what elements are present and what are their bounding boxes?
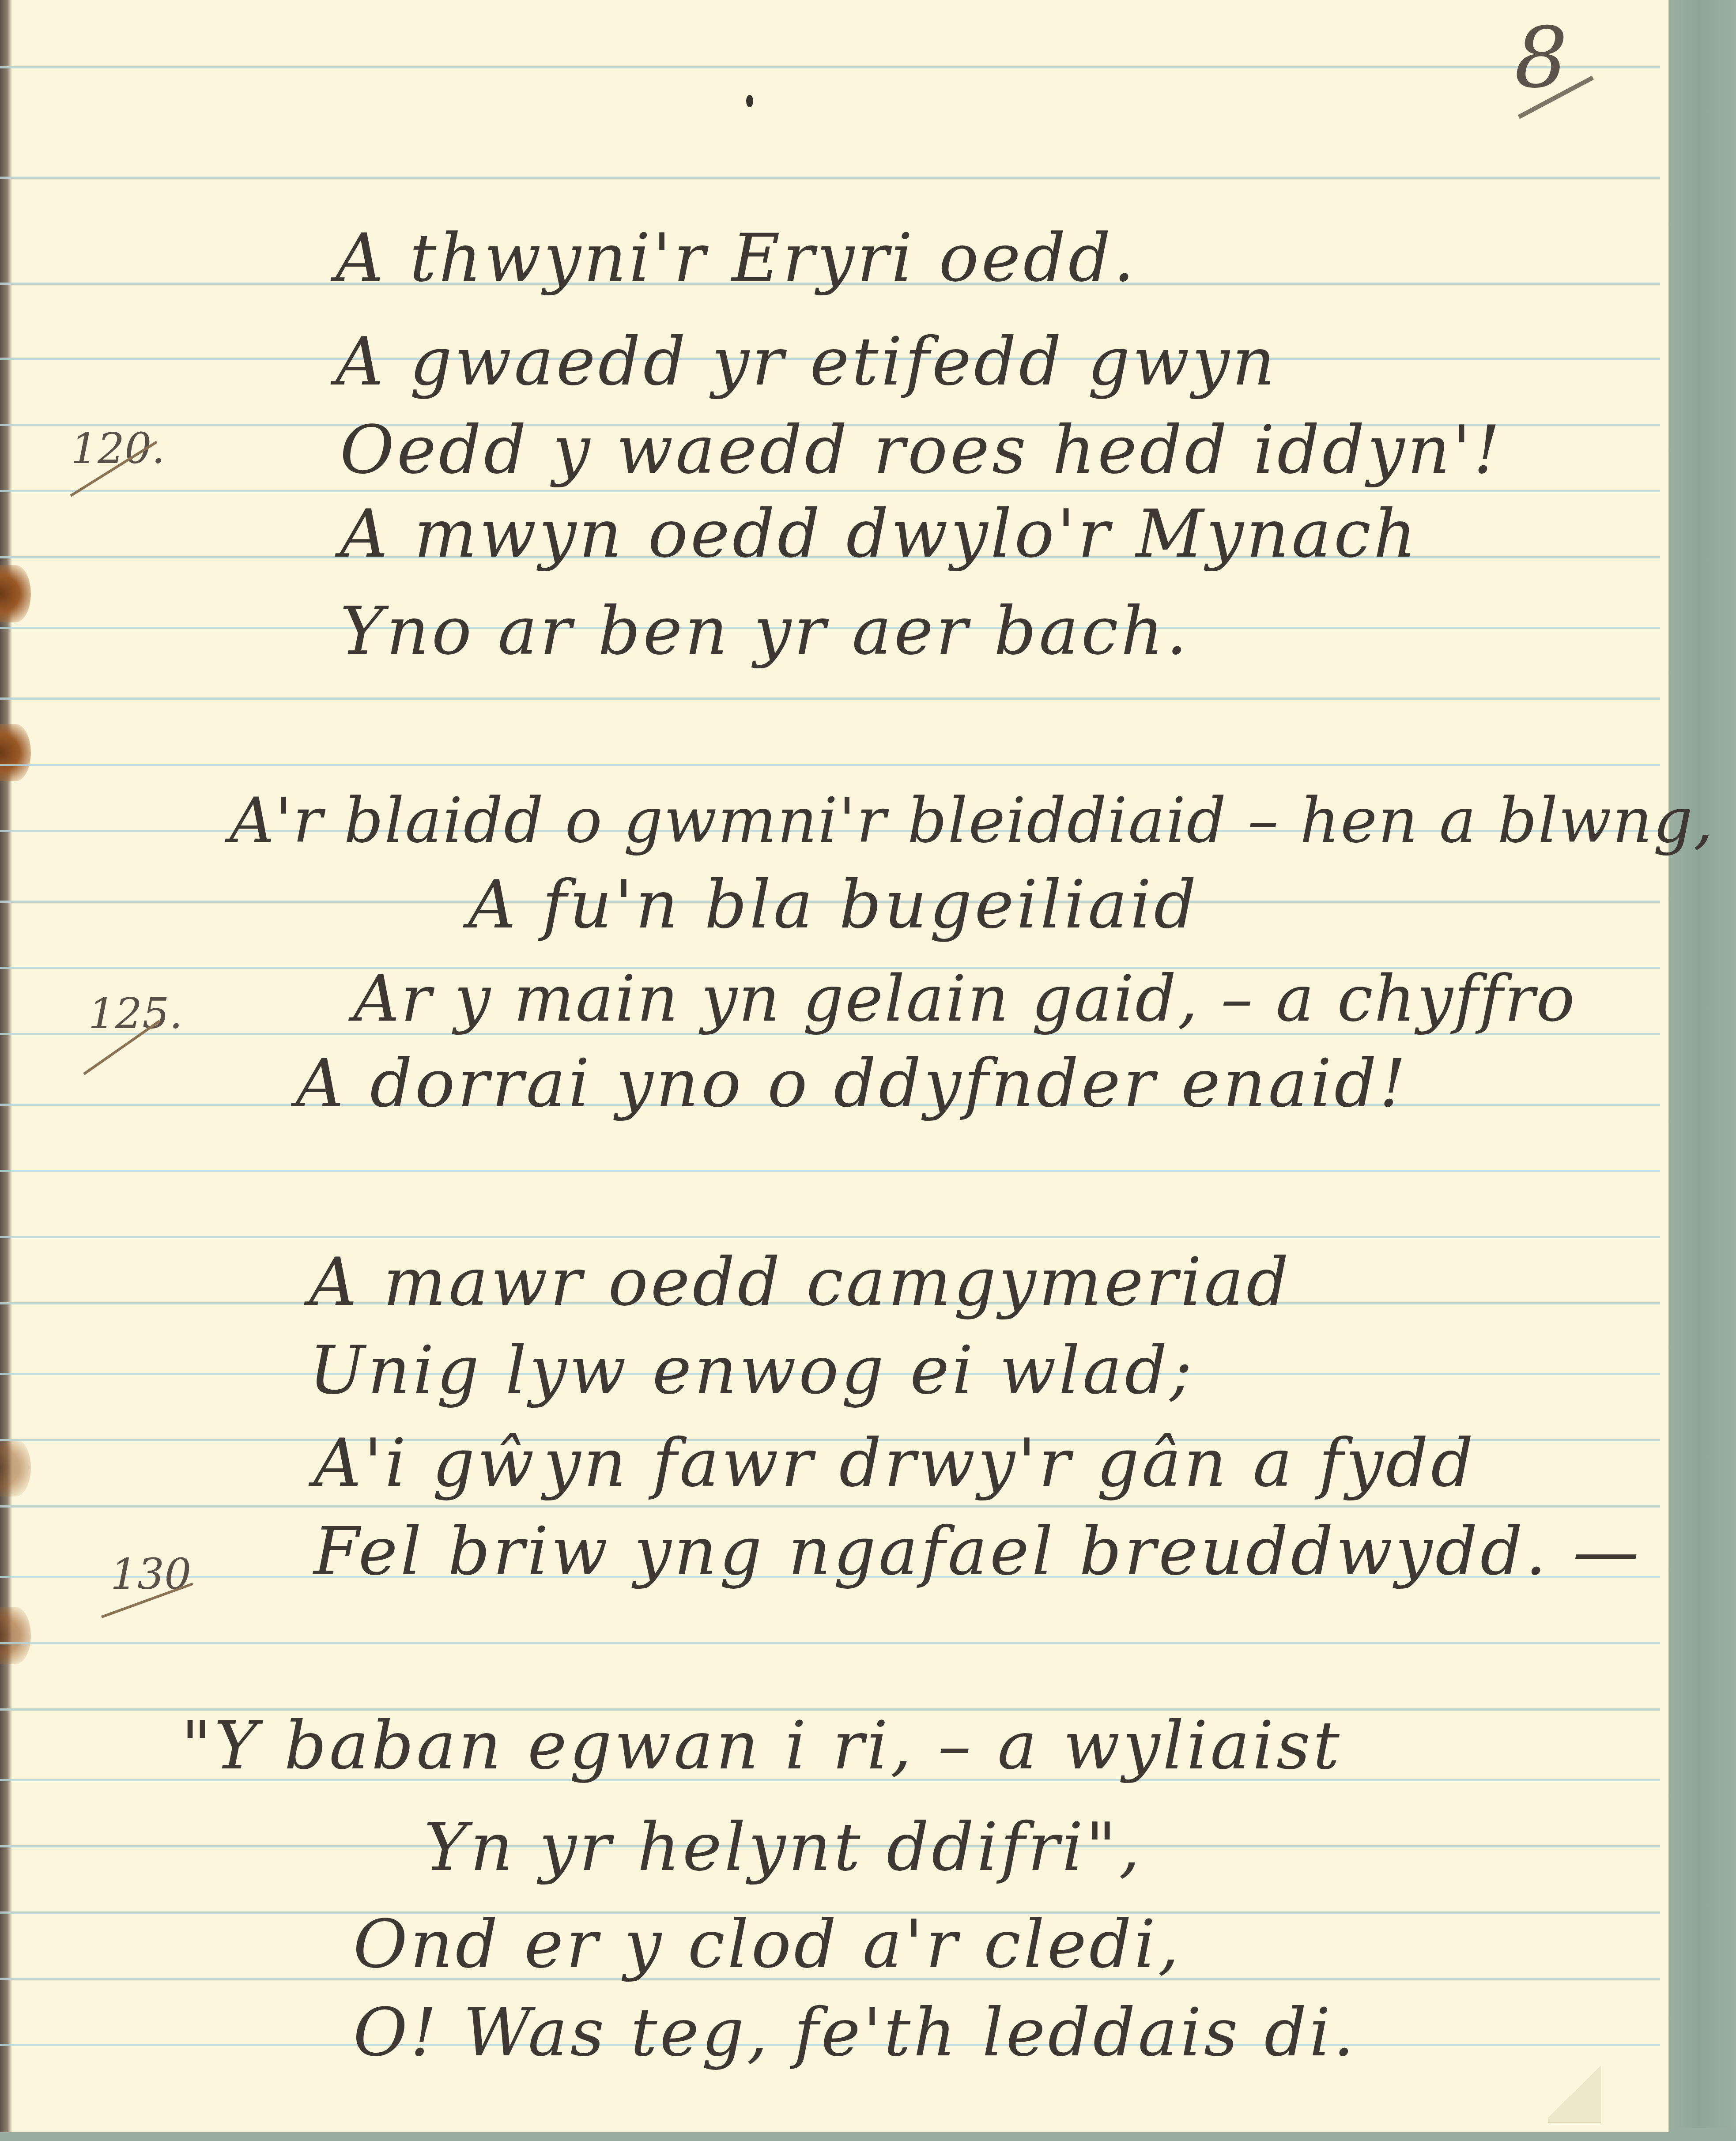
staple-rust-mark — [0, 1439, 31, 1496]
ruled-line — [0, 1505, 1660, 1508]
ruled-line — [0, 1236, 1660, 1238]
ruled-line — [0, 490, 1660, 492]
staple-rust-mark — [0, 1607, 31, 1664]
margin-line-number: 125. — [88, 989, 183, 1038]
ruled-line — [0, 177, 1660, 179]
verse-line: Fel briw yng ngafael breuddwydd. — — [313, 1519, 1642, 1585]
folded-corner — [1548, 2061, 1601, 2123]
manuscript-page: 8 120. 125. 130 A thwyni'r Eryri oedd. A… — [0, 0, 1669, 2132]
ink-blot — [746, 95, 753, 107]
page-number: 8 — [1514, 9, 1568, 106]
verse-line: A gwaedd yr etifedd gwyn — [336, 329, 1277, 395]
verse-line: A'i gŵyn fawr drwy'r gân a fydd — [313, 1430, 1476, 1496]
verse-line: A'r blaidd o gwmni'r bleiddiaid – hen a … — [230, 790, 1714, 852]
verse-line: A mwyn oedd dwylo'r Mynach — [340, 501, 1419, 567]
ruled-line — [0, 697, 1660, 700]
ruled-line — [0, 1170, 1660, 1172]
staple-rust-mark — [0, 724, 31, 781]
verse-line: Yn yr helynt ddifri", — [424, 1814, 1143, 1881]
ruled-line — [0, 764, 1660, 766]
verse-line: Ond er y clod a'r cledi, — [353, 1911, 1181, 1978]
verse-line: A mawr oedd camgymeriad — [309, 1249, 1291, 1316]
staple-rust-mark — [0, 565, 31, 622]
margin-line-number: 130 — [110, 1549, 191, 1599]
binding-edge — [0, 0, 12, 2132]
verse-line: Yno ar ben yr aer bach. — [340, 598, 1190, 664]
ruled-line — [0, 1642, 1660, 1644]
verse-line: Unig lyw enwog ei wlad; — [309, 1338, 1195, 1404]
verse-line: A fu'n bla bugeiliaid — [468, 872, 1199, 938]
verse-line: O! Was teg, fe'th leddais di. — [353, 2000, 1357, 2066]
verse-line: Oedd y waedd roes hedd iddyn'! — [340, 417, 1503, 483]
verse-line: A thwyni'r Eryri oedd. — [336, 225, 1137, 291]
notebook-cover-edge — [1661, 0, 1736, 2141]
verse-line: A dorrai yno o ddyfnder enaid! — [296, 1051, 1408, 1117]
verse-line: Ar y main yn gelain gaid, – a chyffro — [353, 967, 1576, 1031]
verse-line: "Y baban egwan i ri, – a wyliaist — [181, 1713, 1342, 1779]
ruled-line — [0, 66, 1660, 68]
